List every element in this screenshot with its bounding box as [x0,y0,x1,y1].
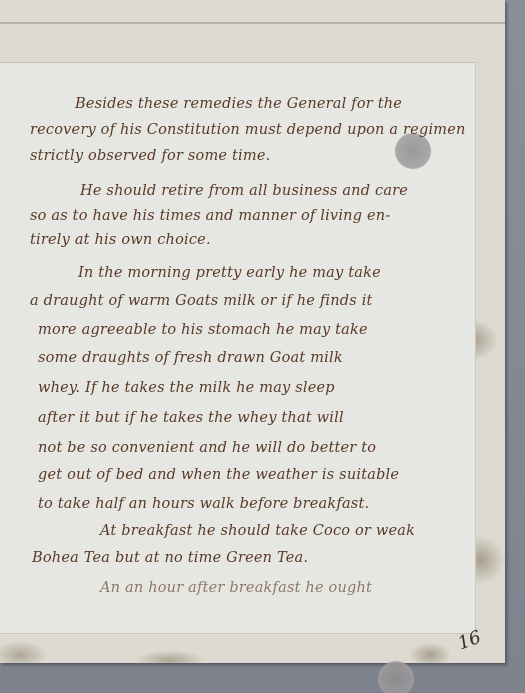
text-line-4: He should retire from all business and c… [80,183,408,199]
library-stamp-top [395,133,431,169]
text-line-16: At breakfast he should take Coco or weak [100,523,415,539]
text-line-13: not be so convenient and he will do bett… [38,440,376,456]
text-line-10: some draughts of fresh drawn Goat milk [38,350,343,366]
text-line-5: so as to have his times and manner of li… [30,208,390,224]
text-line-2: recovery of his Constitution must depend… [30,122,466,138]
text-line-12: after it but if he takes the whey that w… [38,410,344,426]
text-line-6: tirely at his own choice. [30,232,211,248]
text-line-14: get out of bed and when the weather is s… [38,467,399,483]
text-line-11: whey. If he takes the milk he may sleep [38,380,335,396]
text-line-8: a draught of warm Goats milk or if he fi… [30,293,373,309]
text-line-18: An an hour after breakfast he ought [100,580,372,596]
text-line-17: Bohea Tea but at no time Green Tea. [32,550,308,566]
fold-line [0,22,505,24]
text-line-1: Besides these remedies the General for t… [75,96,402,112]
text-line-7: In the morning pretty early he may take [78,265,381,281]
text-line-9: more agreeable to his stomach he may tak… [38,322,368,338]
text-line-15: to take half an hours walk before breakf… [38,496,369,512]
text-line-3: strictly observed for some time. [30,148,270,164]
library-stamp-bottom [378,661,414,693]
